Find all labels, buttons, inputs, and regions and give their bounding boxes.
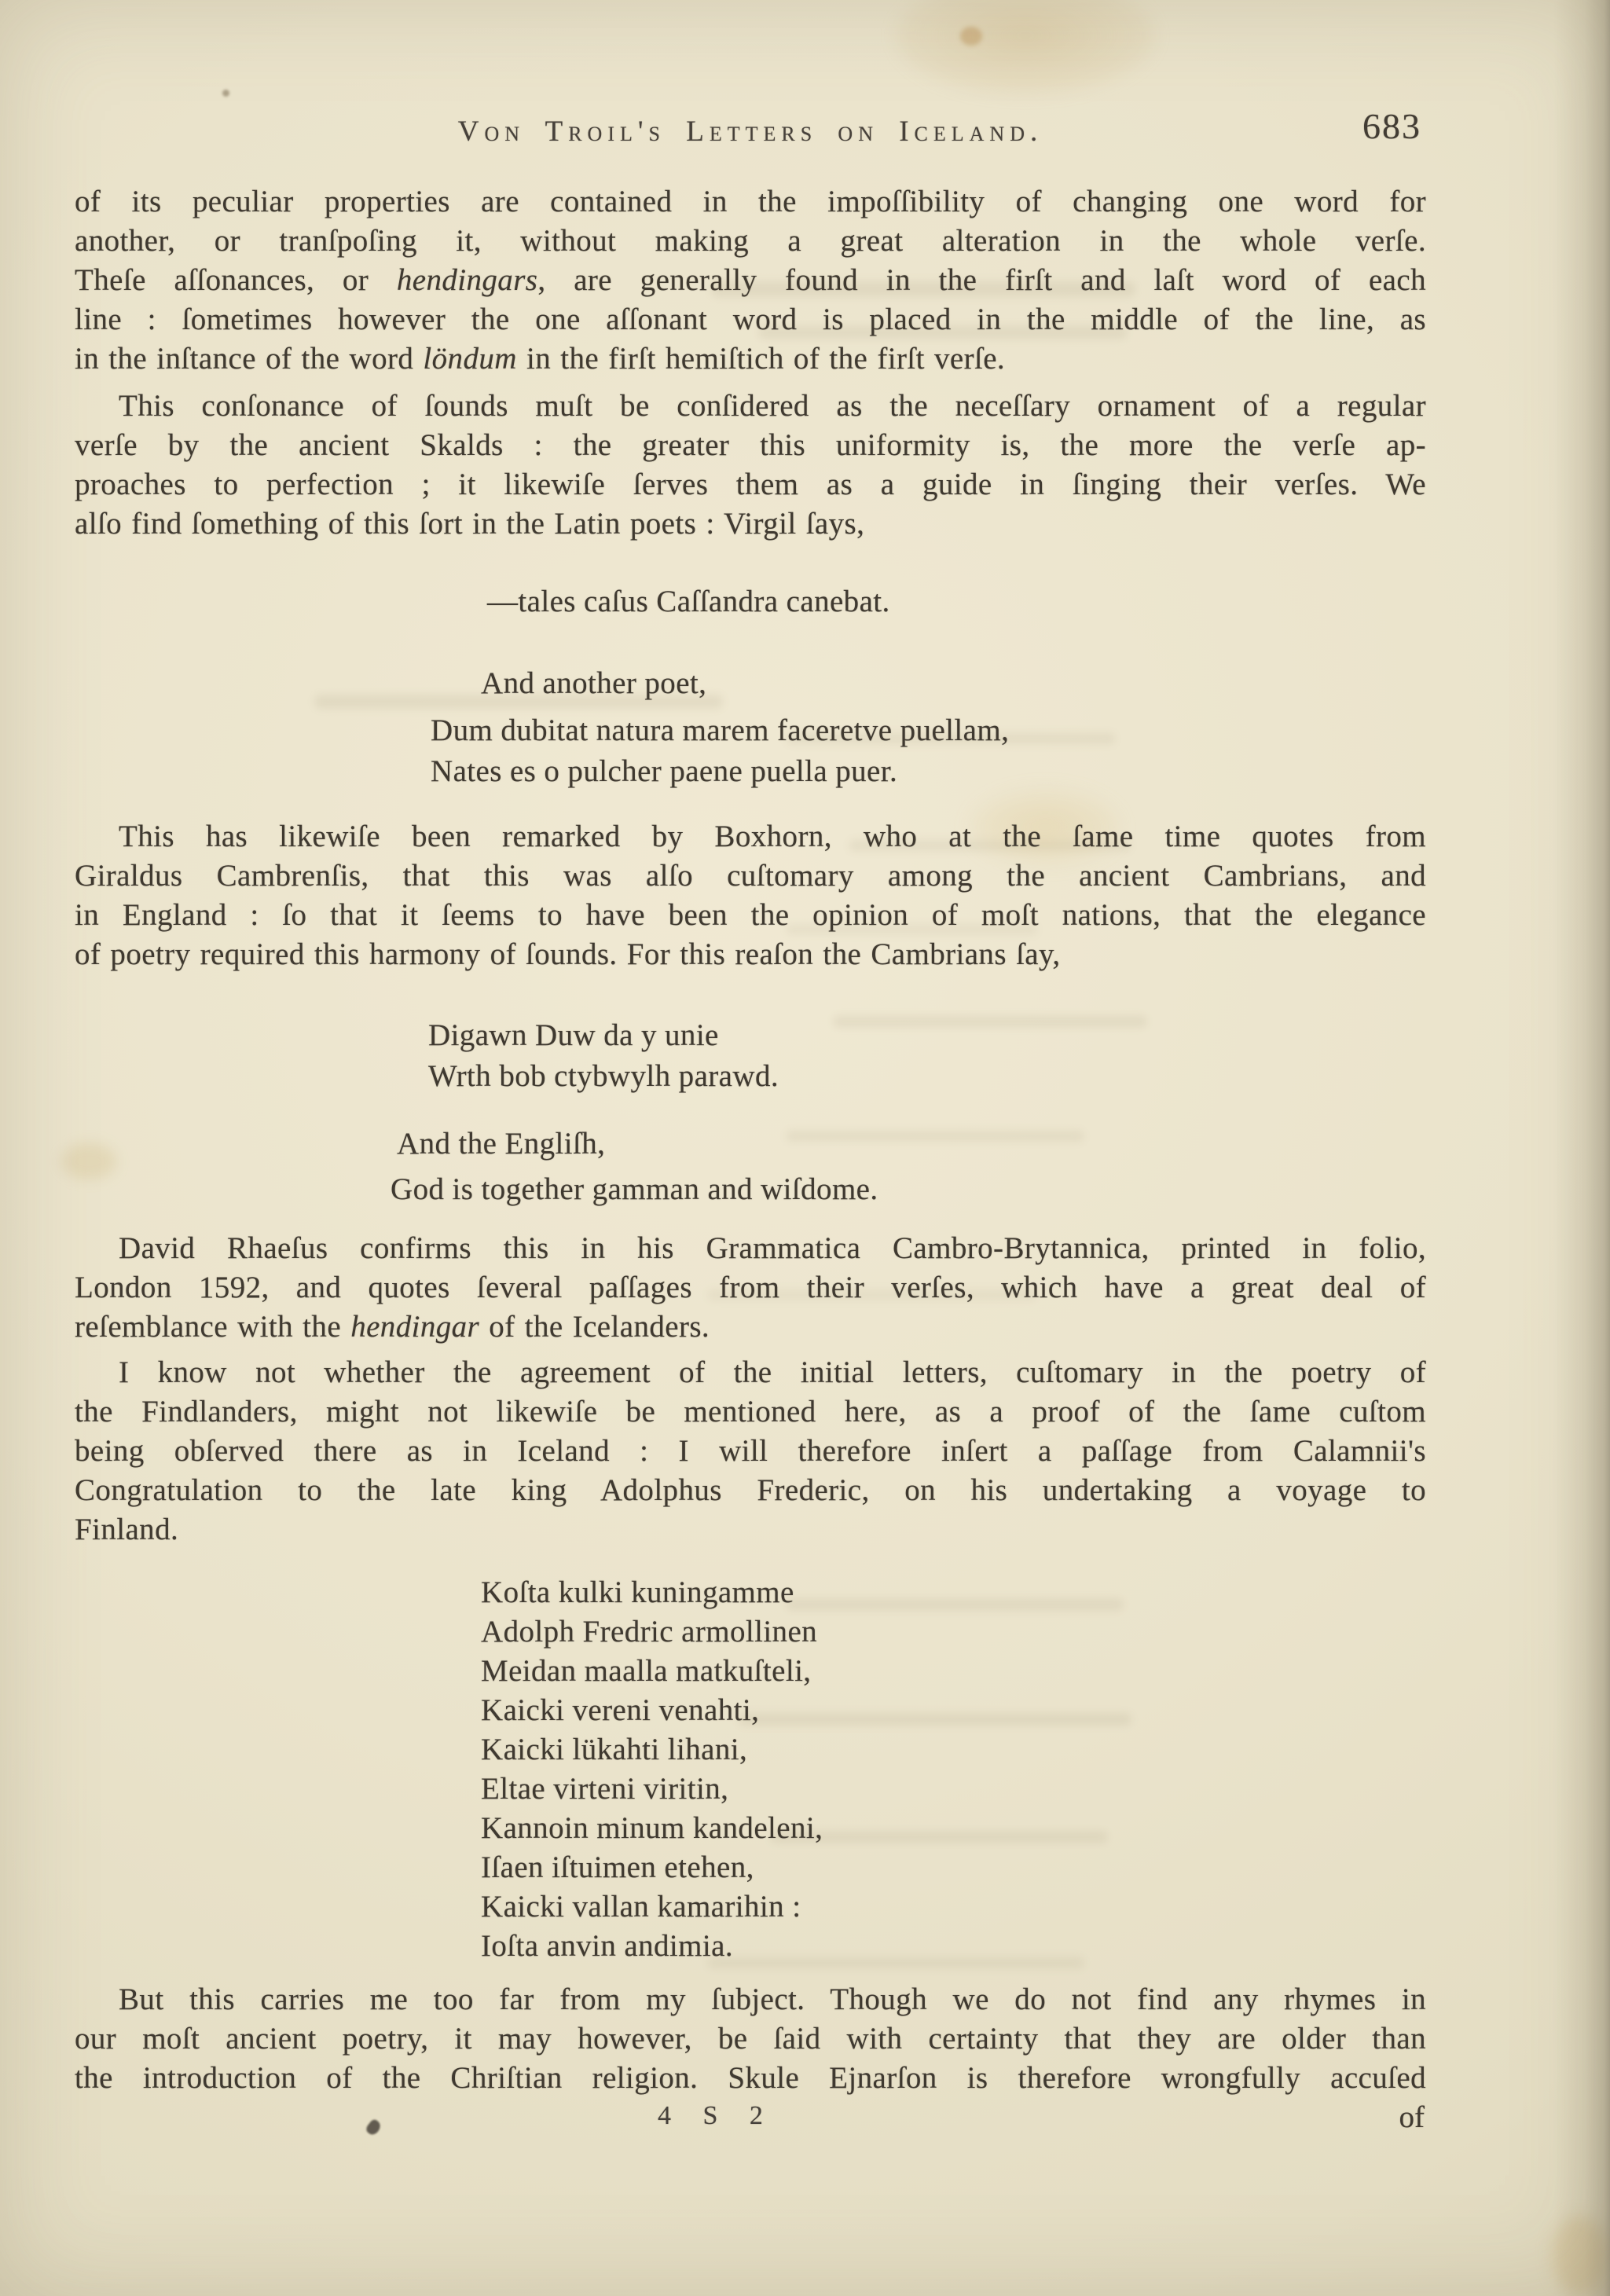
paragraph-consonance-of-sounds: This conſonance of ſounds muſt be conſid… — [75, 387, 1426, 544]
paper-stain — [1552, 2216, 1607, 2294]
latin-couplet: Dum dubitat natura marem faceretve puell… — [431, 710, 1426, 792]
paragraph-david-rhaesus: David Rhaeſus confirms this in his Gramm… — [75, 1229, 1426, 1347]
paragraph-carries-too-far: But this carries me too far from my ſubj… — [75, 1980, 1426, 2098]
latin-quotation-virgil: —tales caſus Caſſandra canebat. — [487, 581, 1426, 622]
catchword: of — [1399, 2100, 1425, 2135]
paragraph-properties-of-verse: of its peculiar properties are contained… — [75, 182, 1426, 379]
running-header: Von Troil's Letters on Iceland. 683 — [75, 115, 1426, 159]
verse-intro-another-poet: And another poet, — [481, 663, 1426, 704]
paragraph-findlanders: I know not whether the agreement of the … — [75, 1353, 1426, 1550]
running-header-title: Von Troil's Letters on Iceland. — [75, 115, 1426, 149]
signature-mark: 4 S 2 — [658, 2101, 776, 2131]
finnish-verse-calamnius: Koſta kulki kuningammeAdolph Fredric arm… — [481, 1573, 1426, 1966]
page-footer: 4 S 2 of — [75, 2100, 1426, 2139]
english-proverb-line: God is together gamman and wiſdome. — [391, 1169, 1426, 1210]
paragraph-boxhorn-cambrians: This has likewiſe been remarked by Boxho… — [75, 817, 1426, 974]
welsh-couplet: Digawn Duw da y unieWrth bob ctybwylh pa… — [428, 1015, 1426, 1097]
page-number: 683 — [1362, 105, 1421, 147]
book-page-scan: Von Troil's Letters on Iceland. 683 of i… — [0, 0, 1610, 2296]
verse-intro-english: And the Engliſh, — [397, 1124, 1426, 1165]
